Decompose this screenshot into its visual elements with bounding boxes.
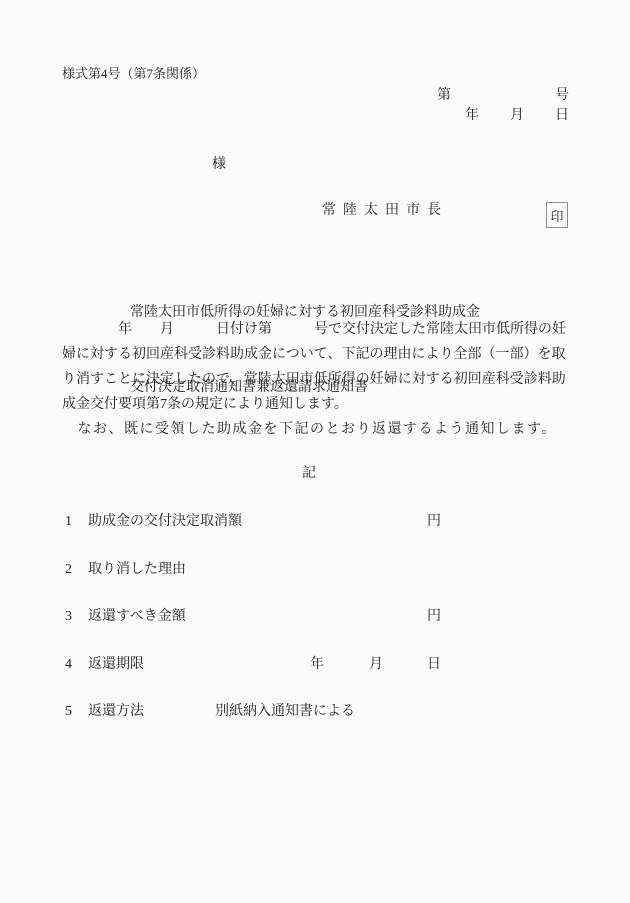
body-line-2: 婦に対する初回産科受診料助成金について、下記の理由により全部（一部）を取 xyxy=(62,342,582,367)
list-item-1: 1 助成金の交付決定取消額 円 xyxy=(0,515,630,533)
item-number: 1 xyxy=(65,515,72,529)
item-method-value: 別紙納入通知書による xyxy=(215,705,355,719)
body-line-4: 成金交付要項第7条の規定により通知します。 xyxy=(62,392,582,417)
sender-title: 常陸太田市長 xyxy=(322,204,448,218)
body-line-1: 年 月 日付け第 号で交付決定した常陸太田市低所得の妊 xyxy=(62,317,582,342)
item-label: 返還すべき金額 xyxy=(88,610,186,624)
item-year-label: 年 xyxy=(310,658,324,672)
addressee-suffix: 様 xyxy=(212,158,226,172)
document-page: 様式第4号（第7条関係） 第 号 年 月 日 様 常陸太田市長 印 常陸太田市低… xyxy=(0,0,630,903)
item-number: 3 xyxy=(65,610,72,624)
body-line-5: なお、既に受領した助成金を下記のとおり返還するよう通知します。 xyxy=(62,417,582,442)
date-year-label: 年 xyxy=(465,109,479,123)
item-label: 助成金の交付決定取消額 xyxy=(88,515,242,529)
list-item-4: 4 返還期限 年 月 日 xyxy=(0,658,630,676)
item-month-label: 月 xyxy=(369,658,383,672)
list-item-2: 2 取り消した理由 xyxy=(0,563,630,581)
body-paragraph: 年 月 日付け第 号で交付決定した常陸太田市低所得の妊 婦に対する初回産科受診料… xyxy=(62,317,582,442)
date-month-label: 月 xyxy=(510,109,524,123)
doc-number-prefix: 第 xyxy=(437,89,451,103)
item-number: 2 xyxy=(65,563,72,577)
seal-mark: 印 xyxy=(546,202,568,228)
item-label: 返還期限 xyxy=(88,658,144,672)
date-day-label: 日 xyxy=(555,109,569,123)
list-item-5: 5 返還方法 別紙納入通知書による xyxy=(0,705,630,723)
item-unit: 円 xyxy=(427,515,441,529)
item-label: 取り消した理由 xyxy=(88,563,186,577)
form-label: 様式第4号（第7条関係） xyxy=(62,67,205,80)
list-header: 記 xyxy=(302,467,316,481)
doc-number-suffix: 号 xyxy=(555,89,569,103)
body-line-3: り消すことに決定したので、常陸太田市低所得の妊婦に対する初回産科受診料助 xyxy=(62,367,582,392)
seal-character: 印 xyxy=(550,206,563,225)
item-day-label: 日 xyxy=(427,658,441,672)
list-item-3: 3 返還すべき金額 円 xyxy=(0,610,630,628)
item-number: 5 xyxy=(65,705,72,719)
item-label: 返還方法 xyxy=(88,705,144,719)
item-number: 4 xyxy=(65,658,72,672)
item-unit: 円 xyxy=(427,610,441,624)
